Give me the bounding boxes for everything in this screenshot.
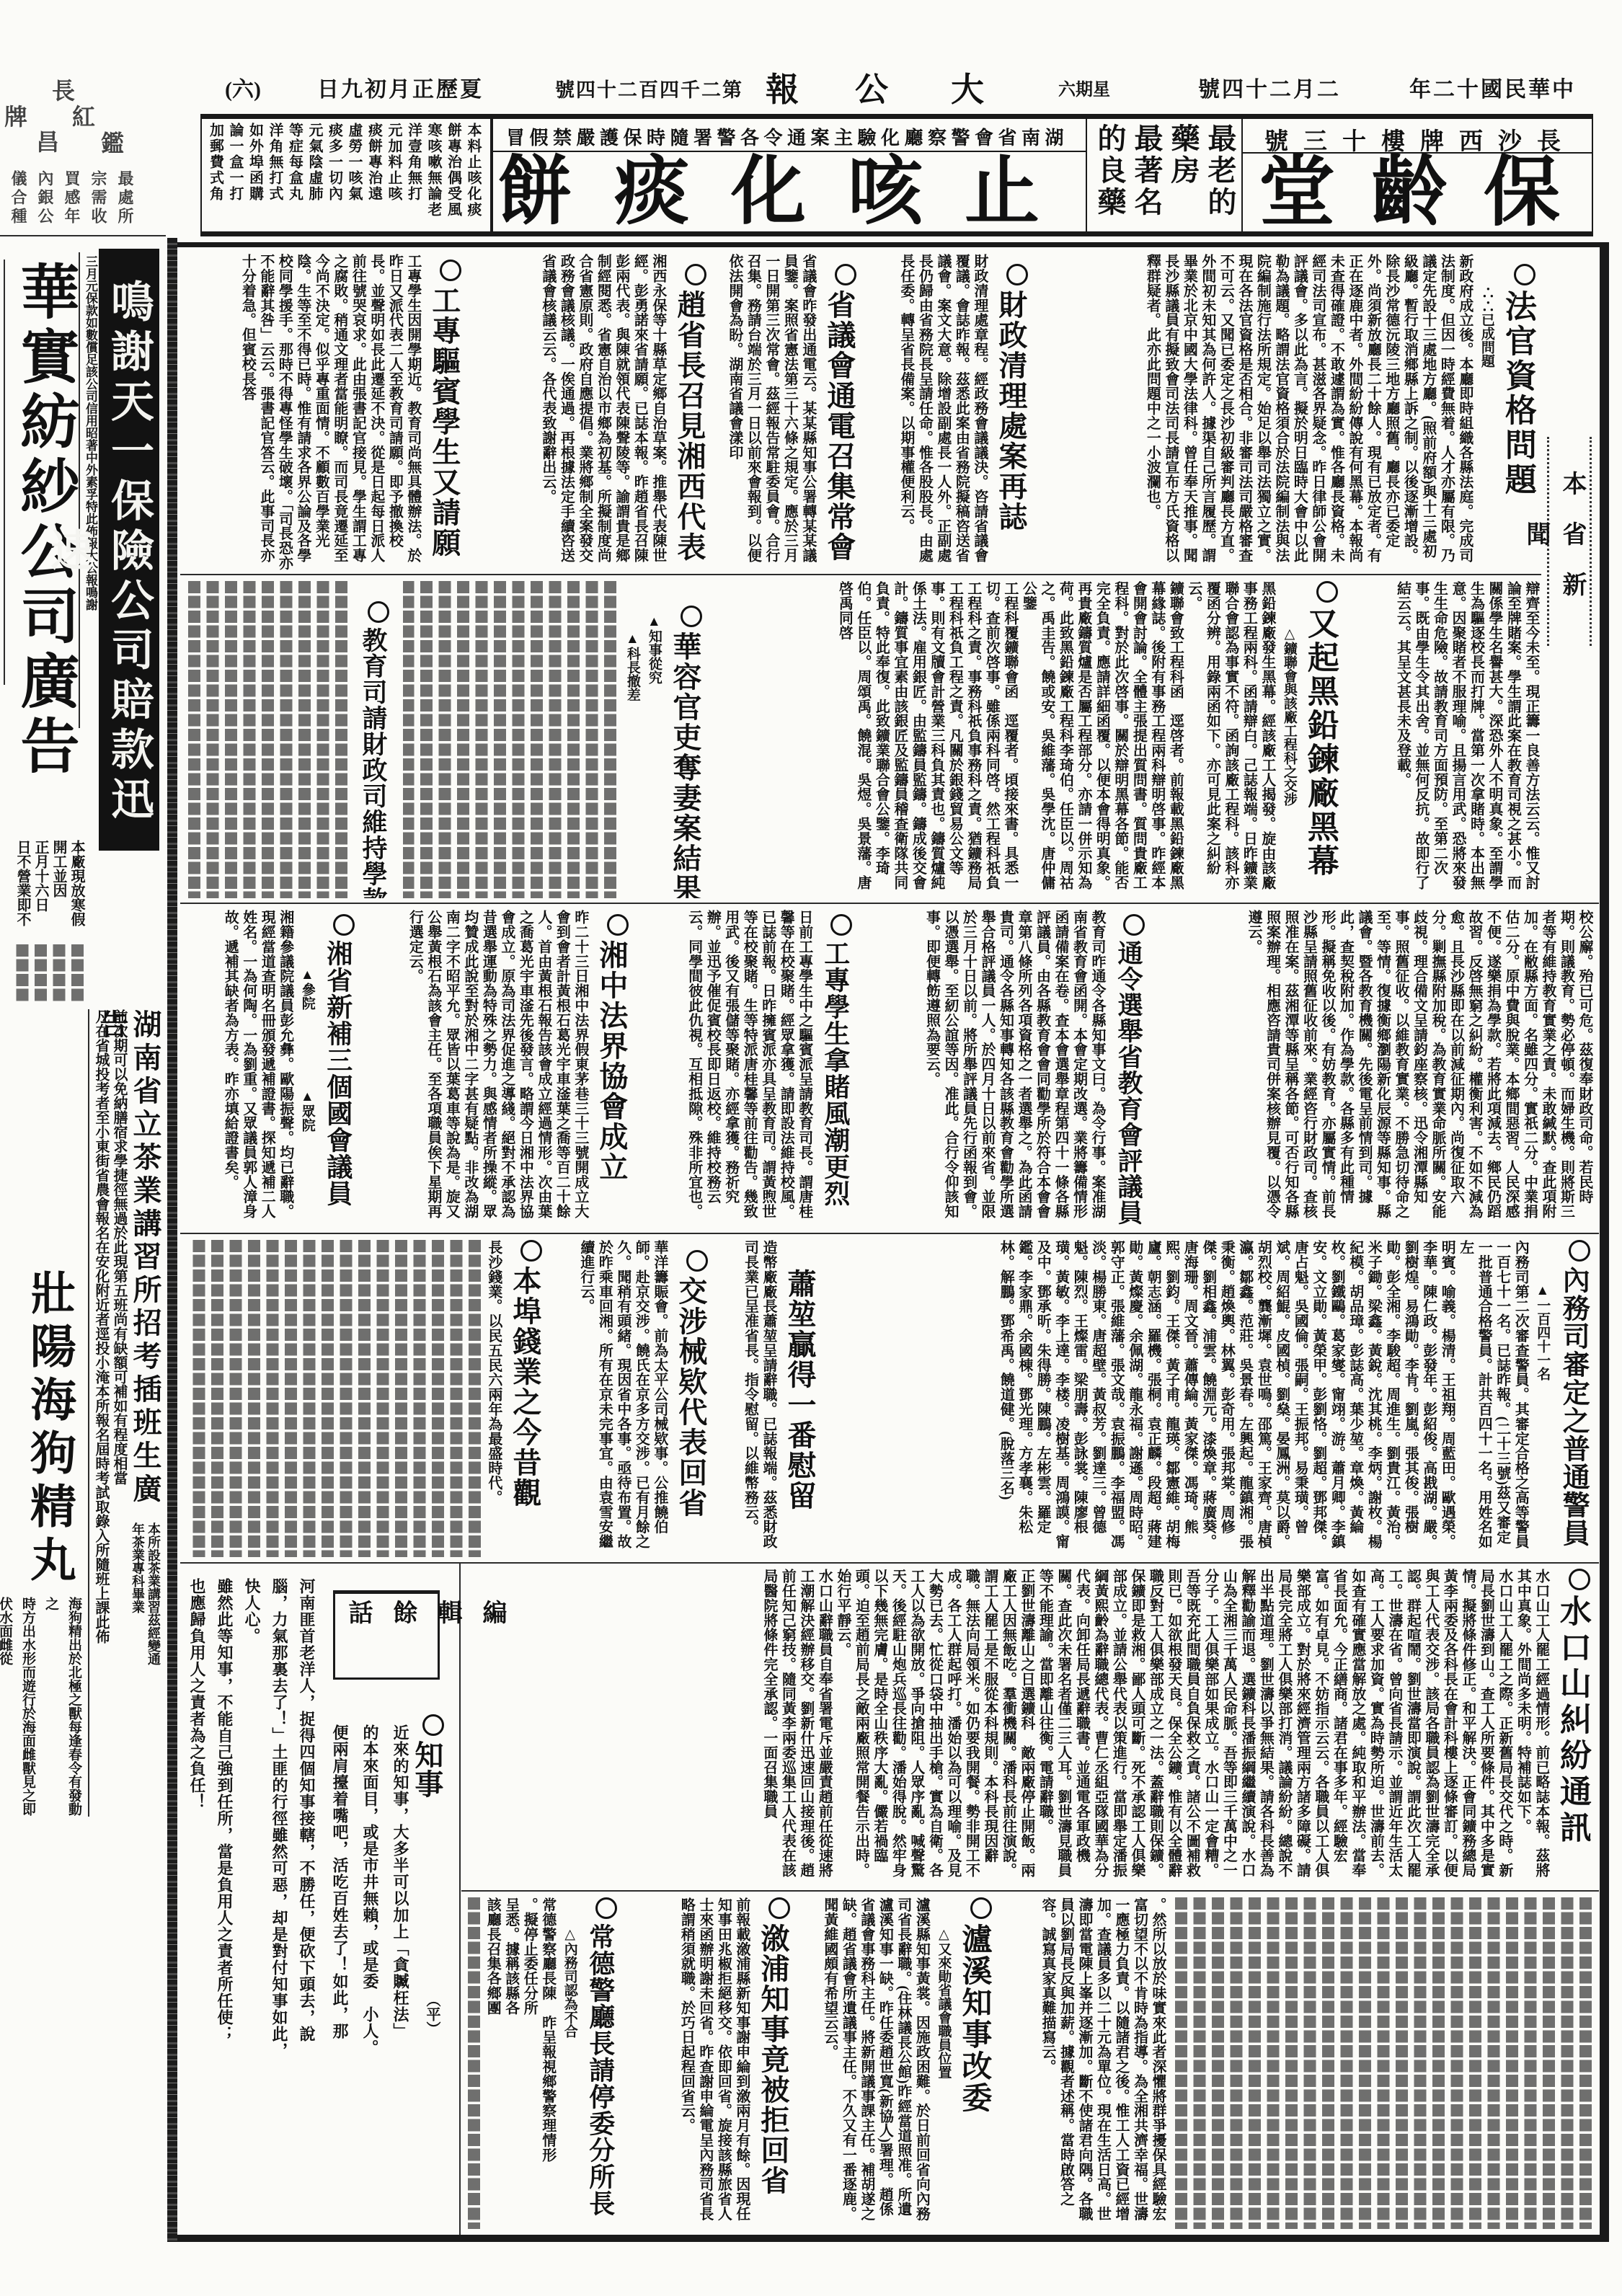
insurance-thanks-ad: 鳴謝天一保險公司賠款迅速 <box>99 249 159 851</box>
main-frame-top <box>177 242 1609 247</box>
article-provincial-assembly: 省議會通電召集常會 省議會昨發出通電云。某某縣知事公署轉某某議員鑒。案照省憲法第… <box>714 254 861 571</box>
editorial-signature: （平） <box>424 1993 443 2036</box>
headline: 又起黑鉛鍊廠黑幕 <box>1303 581 1338 898</box>
headline: 湘中法界協會成立 <box>595 910 629 1228</box>
left-vertical-rule <box>88 1009 89 1817</box>
paragraph: 昨二十三日湘中法界假東茅巷三十三號開成立大會到會者計黃根石葛光宇車滏葉之喬等百二… <box>405 910 589 1228</box>
ad-text-column: 元氣陰虛肺 <box>304 123 324 229</box>
article-gambling-dispute: 工專學生拿賭風潮更烈 日前工專學生中之驅賓派呈請教育司長。謂唐桂馨等在校聚賭。經… <box>634 910 856 1228</box>
article-huarong-wife-case: 華容官吏奪妻案結果 ▲知事從究 ▲科長撤差 <box>395 581 706 898</box>
headline: 常德警廳長請停委分所長 <box>584 1897 617 2229</box>
circle-marker-icon <box>368 601 389 623</box>
ad-text-column: 餅專治偶受風 <box>443 123 463 229</box>
article-governor-xiangxi: 趙省長召見湘西代表 湘西永保等十縣草定鄉自治草案。推舉代表陳世經。彭勇諾來省請願… <box>469 254 711 571</box>
paper-name-char-da: 大 <box>951 74 984 107</box>
paragraph: 正劉世濤離山之日選鑛科 敵兩廠停止開飯。兩廠工人因無飯吃。羣衝機關。潘科長前往演… <box>833 1569 1035 1886</box>
editorial-column: 雖然此等知事，不能自己強到任所，當是負用人之責者所任使； <box>210 1578 238 2227</box>
article-body: 黑鉛鍊廠發生黑幕。經該廠工人揭發。旋由該廠事務工程兩科。函請辯白。己誌報端。日昨… <box>835 581 1276 898</box>
article-body: 湘籍參議院議員彭允彝。歐陽振聲。均已辭職。現經當道查明名冊頒發遞補證書。探知遞補… <box>221 910 294 1228</box>
headline: 華容官吏奪妻案結果 <box>668 581 702 898</box>
article-body: 前報載漵浦縣新知事謝申綸到漵兩月有餘。因現任知事田兆椒拒絕移交。依即回省。旋接該… <box>677 1897 750 2229</box>
ad-text-column: 寒咳嗽無論老 <box>423 123 443 229</box>
circle-marker-icon <box>686 1250 708 1272</box>
subheadline: △內務司認為不合 <box>561 1897 578 2229</box>
paragraph: 鑛聯會致工程科函 逕啓者。前報載黑鉛鍊廠黑幕緣誌。後附有事務工程兩科辯明啓事。昨… <box>1019 581 1184 898</box>
circle-marker-icon <box>768 1897 790 1919</box>
box-label-column: 餘話 <box>335 1600 425 1680</box>
paragraph: 財政清理處章程。經政務會議議決。咨請省議會覆議。會誌昨報。茲悉此案由省務院擬稿咨… <box>896 254 988 571</box>
slogan-column: 最著名 <box>1128 123 1165 229</box>
paragraph: 瀘溪縣知事黃裳。因施政困難。於日前回省向內務司省長辭職。(住林議長公館)昨經當道… <box>820 1897 930 2229</box>
article-education-funds-continued: 校公廨。殆已可危。茲復奉財政司命。若民時期。則議教育。勢必停頓。而婦生機。則將斯… <box>1151 910 1593 1228</box>
headline-text: 常德警廳長請停委分所長 <box>586 1923 615 2217</box>
article-body: 財政清理處章程。經政務會議議決。咨請省議會覆議。會誌昨報。茲悉此案由省務院擬稿咨… <box>896 254 988 571</box>
article-shuikoushan: 水口山糾紛通訊 水口山工人罷工經過情形。前已略誌本報。茲將其中真象。外間尚多未明… <box>470 1569 1595 1886</box>
article-mint-director: 蕭堃贏得一番慰留 造幣廠廠長蕭堃呈請辭職。已誌報端。茲悉財政司長業已呈准省長。指… <box>714 1240 820 1557</box>
circle-marker-icon <box>1569 1569 1590 1590</box>
lunar-date: 夏歷正月初九日 <box>317 79 484 101</box>
circle-marker-icon <box>1123 914 1145 936</box>
slogan-columns: 最老的藥房最著名的良藥 <box>1091 123 1238 229</box>
editorial-column: 近來的知事，大多半可以加上「貪贓枉法」 <box>385 1724 415 2229</box>
article-legal-association: 湘中法界協會成立 昨二十三日湘中法界假東茅巷三十三號開成立大會到會者計黃根石葛光… <box>360 910 633 1228</box>
paper-name-char-gong: 公 <box>855 74 888 107</box>
left-column-rule <box>0 235 166 236</box>
headline-text: 工專學生拿賭風潮更烈 <box>821 940 850 1207</box>
seal-tonic-ad-text: 海狗精出於北極之獸每逢春令有發動之時方出水形而遊行於海面雌獸見之即伏水面雌從誠為… <box>10 1597 85 1820</box>
ad-text-column: 時方出水形而遊行於海面雌獸見之即伏水面雌從 <box>0 1597 39 1820</box>
circle-marker-icon <box>440 260 461 281</box>
box-label-column: 編輯 <box>425 1600 514 1680</box>
cough-cake-description-ad: 本料止咳化痰餅專治偶受風寒咳嗽無論老洋壹角無打元加料止咳痰餅專治遠虛勞一咳氣痰多… <box>200 118 492 233</box>
illegible-text-block <box>1169 1897 1595 2229</box>
ad-text-column: 如外埠函購 <box>244 123 265 229</box>
paragraph: 。擬停止委任分所 <box>520 1897 539 2229</box>
article-body: 省議會昨發出通電云。某某縣知事公署轉某某議員鑒。案照省憲法第三十六條之規定。應於… <box>724 254 817 571</box>
article-body: 長沙錢業。以民五民六兩年為最盛時代。 <box>484 1240 502 1557</box>
headline-text: 本埠錢業之今昔觀 <box>509 1266 541 1508</box>
ad-text-column: 本廠現放寒假 <box>67 840 85 934</box>
paragraph: 水口山工人罷工經過情形。前已略誌本報。茲將其中真象。外間尚多未明。特補誌如下。 <box>1513 1569 1550 1886</box>
editorial-column: 便兩肩擡着嘴吧，活吃百姓去了！如此，那 <box>324 1724 355 2229</box>
circle-marker-icon <box>681 606 702 627</box>
main-frame-right <box>1600 242 1609 2242</box>
editorial-body-left: 河南匪首老洋人，捉得四個知事接轄，不勝任，便砍下頭去，說腦，力氣那裏去了！」土匪… <box>182 1578 320 2227</box>
article-xupu-magistrate: 漵浦知事竟被拒回省 前報載漵浦縣新知事謝申綸到漵兩月有餘。因現任知事田兆椒拒絕移… <box>623 1897 794 2229</box>
paragraph: 新政府成立後。本廳即時組織各縣法庭。完成司法制度。但因一時經費無着。人才亦屬有限… <box>1143 254 1473 571</box>
paragraph: 黑鉛鍊廠發生黑幕。經該廠工人揭發。旋由該廠事務工程兩科。函請辯白。己誌報端。日昨… <box>1184 581 1276 898</box>
ad-text-column: 最處所 <box>112 170 138 229</box>
corner-glyph: 昌 <box>36 130 59 154</box>
main-frame-bottom <box>177 2235 1609 2242</box>
ad-text-column: 虛勞一咳氣 <box>344 123 364 229</box>
headline-text: 財政清理處案再誌 <box>995 290 1027 532</box>
headline: 水口山糾紛通訊 <box>1556 1569 1590 1886</box>
editorial-column: 快人心。 <box>238 1578 265 2227</box>
circle-marker-icon <box>607 914 629 936</box>
illegible-text-block <box>464 1897 483 2229</box>
ad-text-column: 正月十六日 <box>31 840 49 934</box>
article-arms-payment: 交涉械欵代表回省 華洋籌賑會。前為太平公司械欵事。公推饒伯師。赴京交涉。饒氏在京… <box>548 1240 712 1557</box>
headline: 漵浦知事竟被拒回省 <box>756 1897 790 2229</box>
article-police-list: 內務司審定之普通警員 ▲一百四十一名 內務司第二次審查警員。其審定合格之高等警員… <box>822 1240 1595 1557</box>
band-rule <box>180 574 1541 575</box>
headline-text: 工專驅賓學生又請願 <box>428 285 461 558</box>
paragraph: 辯齊至今未至。現正籌一良善方法云云。惟又討論至牌賭案。學生謂此案在教育司視之甚小… <box>1393 581 1540 898</box>
editorial-headline: 知事 <box>412 1714 444 1808</box>
paragraph: 湘籍參議院議員彭允彝。歐陽振聲。均已辭職。現經當道查明名冊頒發遞補證書。探知遞補… <box>221 910 294 1228</box>
paragraph: 前報載漵浦縣新知事謝申綸到漵兩月有餘。因現任知事田兆椒拒絕移交。依即回省。旋接該… <box>677 1897 750 2229</box>
circle-marker-icon <box>830 914 852 936</box>
headline-text: 華容官吏奪妻案結果 <box>669 631 701 898</box>
circle-marker-icon <box>1569 1240 1590 1262</box>
subheadline: ∴∴已成問題 <box>1478 254 1495 571</box>
paragraph: 明賓。喻義。楊清。王祖翔。周藍田。歐遇榮。李華。陳仁政。彭發年。彭紹俊。高戡湖。… <box>996 1240 1456 1557</box>
illegible-text-block <box>186 581 350 898</box>
editorial-column: 的本來面目，或是市井無賴，或是委 小人。 <box>355 1724 385 2229</box>
headline-text: 湘省新補三個國會議員 <box>324 940 353 1207</box>
ad-text-column: 前次期可以免納膳宿求學捷徑無過於此現第五班尚有缺額可補如有程度相當 <box>110 1009 128 1708</box>
ad-text-column: 買感年 <box>58 170 85 229</box>
headline: 工專驅賓學生又請願 <box>427 254 461 571</box>
paragraph: 湘西永保等十縣草定鄉自治草案。推舉代表陳世經。彭勇諾來省請願。已誌本報。昨趙省長… <box>538 254 667 571</box>
product-name: 止咳化痰餅 <box>497 155 1081 230</box>
headline: 湘省新補三個國會議員 <box>322 910 355 1228</box>
circle-marker-icon <box>1514 264 1535 285</box>
corner-glyph: 紅 <box>72 105 95 128</box>
ad-text-column: 本料止咳化痰 <box>463 123 483 229</box>
page-gutter-edge <box>167 238 177 2242</box>
article-body: 常德警察廳長陳 昨呈報視鄉警察理情形。擬停止委任分所呈悉。據稱該縣各該廳長召集各… <box>483 1897 557 2229</box>
paper-name-char-bao: 報 <box>766 74 799 107</box>
headline: 教育司請財政司維持學款 <box>356 581 389 898</box>
corner-glyph: 牌 <box>4 105 27 128</box>
headline-text: 趙省長召見湘西代表 <box>673 290 706 562</box>
paragraph: 工專學生因開學期近。教育司尚無具體辦法。於昨日又派代表二人至教育司請願。即予撤換… <box>238 254 422 571</box>
ad-strip-bottom-rule <box>200 233 1593 236</box>
left-vertical-rule <box>79 252 80 728</box>
ad-text-column: 洋角無打式 <box>265 123 285 229</box>
circle-marker-icon <box>1316 581 1338 603</box>
article-shuikoushan-continued: 。然所以放於味實來此者深懼將群爭擾保具經驗宏富切望不以不肯時為指導。為全湘共濟幸… <box>998 1897 1595 2229</box>
paragraph: 長沙錢業。以民五民六兩年為最盛時代。 <box>484 1240 502 1557</box>
newspaper-page: (六) 夏歷正月初九日 第二千四百二十四號 報 公 大 星期六 二月二十四號 中… <box>0 0 1622 2296</box>
ad-text-column: 內銀公 <box>32 170 58 229</box>
slogan-column: 的良藥 <box>1091 123 1128 229</box>
subheadline-house: ▲眾院 <box>298 1089 316 1132</box>
ad-text-column: 痰餅專治遠 <box>363 123 384 229</box>
headline: 省議會通電召集常會 <box>823 254 856 571</box>
editorial-column: 也應歸負用人之責者為之負任！ <box>183 1578 210 2227</box>
weekday: 星期六 <box>1058 81 1110 99</box>
article-education-funds: 教育司請財政司維持學款 <box>185 581 394 898</box>
band-rule <box>180 1562 1599 1564</box>
tea-school-ad-text: 前次期可以免納膳宿求學捷徑無過於此現第五班尚有缺額可補如有程度相當凡在省城投考者… <box>92 1009 128 1708</box>
ad-text-column: 凡在省城投考者至小東街省農會報名在安化附近者逕投小淹本所報名屆時考試取錄入所隨班… <box>92 1009 110 1708</box>
paragraph: 省議會昨發出通電云。某某縣知事公署轉某某議員鑒。案照省憲法第三十六條之規定。應於… <box>724 254 817 571</box>
paragraph: 工程科覆鑛聯會函 逕覆者。頃接來書。具悉一切。查前次啓事。雖係兩科同啓。然工程科… <box>835 581 1019 898</box>
headline: 通令選舉省教育會評議員 <box>1112 910 1145 1228</box>
illegible-text-block <box>188 1240 484 1557</box>
article-luxi-magistrate: 瀘溪知事改委 △又來勛省議會職員位置 瀘溪縣知事黃裳。因施政困難。於日前回省向內… <box>796 1897 996 2229</box>
headline-text: 又起黑鉛鍊廠黑幕 <box>1303 607 1338 878</box>
cough-cake-product-ad: 湖南省會警察廳化驗主案通令各警署隨時保護嚴禁假冒 止咳化痰餅 <box>492 118 1087 233</box>
gregorian-date: 二月二十四號 <box>1198 79 1341 101</box>
subheadline: ▲知事從究 <box>645 581 662 898</box>
paragraph: 內務司第二次審查警員。其審定合格之高等警員一百七十一名。已誌昨報。(二十三號)茲… <box>1455 1240 1529 1557</box>
pharmacy-slogan-ad: 最老的藥房最著名的良藥 <box>1086 118 1243 233</box>
article-money-trade: 本埠錢業之今昔觀 長沙錢業。以民五民六兩年為最盛時代。 <box>185 1240 546 1557</box>
article-students-petition-continued: 辯齊至今未至。現正籌一良善方法云云。惟又討論至牌賭案。學生謂此案在教育司視之甚小… <box>1345 581 1540 898</box>
paragraph: 該廳長召集各鄉團 <box>483 1897 502 2229</box>
headline-text: 通令選舉省教育會評議員 <box>1114 940 1143 1225</box>
article-students-petition: 工專驅賓學生又請願 工專學生因開學期近。教育司尚無具體辦法。於昨日又派代表二人至… <box>185 254 466 571</box>
headline: 蕭堃贏得一番慰留 <box>783 1240 816 1557</box>
circle-marker-icon <box>835 264 856 285</box>
article-education-council-election: 通令選舉省教育會評議員 教育司昨通令各縣知事文曰。為令行事。案准湖南省教育會函開… <box>858 910 1149 1228</box>
band-rule <box>180 1233 1599 1234</box>
subheadline: △鑛聯會與該廠工程科之交涉 <box>1280 581 1298 898</box>
article-body: 日前工專學生中之驅賓派呈請教育司長。謂唐桂馨等在校聚賭。經眾拿獲。請即設法維持校… <box>684 910 813 1228</box>
article-body: 內務司第二次審查警員。其審定合格之高等警員一百七十一名。已誌昨報。(二十三號)茲… <box>996 1240 1530 1557</box>
headline: 財政清理處案再誌 <box>994 254 1028 571</box>
article-body: 教育司昨通令各縣知事文曰。為令行事。案准湖南省教育會函開。本會定期改選。業將籌備… <box>922 910 1106 1228</box>
article-changde-police: 常德警廳長請停委分所長 △內務司認為不合 常德警察廳長陳 昨呈報視鄉警察理情形。… <box>464 1897 621 2229</box>
corner-glyph: 鑑 <box>101 132 124 155</box>
section-label-local-news: 本省新聞 <box>1547 437 1592 646</box>
paragraph: 教育司昨通令各縣知事文曰。為令行事。案准湖南省教育會函開。本會定期改選。業將籌備… <box>922 910 1106 1228</box>
editorial-column: 河南匪首老洋人，捉得四個知事接轄，不勝任，便砍下頭去，說 <box>293 1578 320 2227</box>
paragraph: 常德警察廳長陳 昨呈報視鄉警察理情形 <box>538 1897 557 2229</box>
headline: 本埠錢業之今昔觀 <box>508 1240 542 1557</box>
police-notice-line: 湖南省會警察廳化驗主案通令各警署隨時保護嚴禁假冒 <box>506 123 1068 150</box>
subheadline: ▲科長撤差 <box>624 581 641 898</box>
ad-text-column: 年茶業專科畢業 <box>130 1522 146 1710</box>
ad-text-column: 本所設茶業講習茲經變通 <box>146 1522 161 1710</box>
article-body: 昨二十三日湘中法界假東茅巷三十三號開成立大會到會者計黃根石葛光宇車滏葉之喬等百二… <box>405 910 589 1228</box>
headline: 內務司審定之普通警員 <box>1556 1240 1590 1557</box>
headline-text: 交涉械欵代表回省 <box>675 1276 707 1518</box>
article-body: 新政府成立後。本廳即時組織各縣法庭。完成司法制度。但因一時經費無着。人才亦屬有限… <box>1143 254 1473 571</box>
circle-marker-icon <box>970 1897 992 1919</box>
headline: 法官資格問題 <box>1501 254 1535 571</box>
article-body: 湘西永保等十縣草定鄉自治草案。推舉代表陳世經。彭勇諾來省請願。已誌本報。昨趙省長… <box>538 254 667 571</box>
editorial-column: 腦，力氣那裏去了！」土匪的行徑雖然可惡，却是對付知事如此， <box>265 1578 293 2227</box>
ad-text-column: 元加料止咳 <box>384 123 404 229</box>
seal-tonic-ad-title: 壯陽海狗精丸 <box>10 1269 85 1593</box>
paragraph: 華洋籌賑會。前為太平公司械欵事。公推饒伯師。赴京交涉。饒氏在京多方交涉。已有月餘… <box>576 1240 668 1557</box>
ad-text-column: 儀合種 <box>5 170 32 229</box>
circle-marker-icon <box>1006 264 1028 285</box>
article-body: 瀘溪縣知事黃裳。因施政困難。於日前回省向內務司省長辭職。(住林議長公館)昨經當道… <box>820 1897 930 2229</box>
corner-glyph: 長 <box>52 79 75 102</box>
article-body: 造幣廠廠長蕭堃呈請辭職。已誌報端。茲悉財政司長業已呈准省長。指令慰留。以維幣務云… <box>740 1240 777 1557</box>
paragraph: 呈悉。據稱該縣各 <box>501 1897 520 2229</box>
illegible-text-block <box>13 944 87 1002</box>
paragraph: 校公廨。殆已可危。茲復奉財政司命。若民時期。則議教育。勢必停頓。而婦生機。則將斯… <box>1244 910 1594 1228</box>
editorial-body-under-box: 近來的知事，大多半可以加上「貪贓枉法」的本來面目，或是市井無賴，或是委 小人。便… <box>323 1724 415 2229</box>
headline-text: 蕭堃贏得一番慰留 <box>784 1269 816 1511</box>
slogan-column: 藥房 <box>1165 123 1202 229</box>
band-rule <box>180 903 1599 904</box>
headline: 瀘溪知事改委 <box>957 1897 992 2229</box>
ad-text-column: 洋壹角無打 <box>403 123 423 229</box>
ad-text-column: 等症每盒丸 <box>284 123 304 229</box>
subheadline: △又來勛省議會職員位置 <box>934 1897 952 2229</box>
band-rule <box>461 1890 1599 1892</box>
article-judges-qualification: 法官資格問題 ∴∴已成問題 新政府成立後。本廳即時組織各縣法庭。完成司法制度。但… <box>1035 254 1540 571</box>
subheadline: ▲一百四十一名 <box>1533 1240 1551 1557</box>
editorial-box-label: 編輯餘話 <box>335 1594 518 1680</box>
headline-text: 瀘溪知事改委 <box>957 1923 991 2114</box>
ad-text-column: 日不營業即不 <box>13 840 31 934</box>
insurance-thanks-note: 三月元保款如數償足該公司信用昭著中外素孚特此佈報大公報鳴謝 <box>81 255 98 731</box>
pharmacy-name: 保齡堂 <box>1259 155 1593 231</box>
headline-text: 水口山糾紛通訊 <box>1555 1595 1590 1847</box>
mill-ad-text: 本廠現放寒假開工並因正月十六日日不營業即不 <box>10 840 85 934</box>
ad-text-column: 海狗精出於北極之獸每逢春令有發動之 <box>39 1597 85 1820</box>
ad-text-column: 加郵費式角 <box>205 123 225 229</box>
subheadline: ▲參院▲眾院 <box>298 910 316 1228</box>
headline: 趙省長召見湘西代表 <box>673 254 706 571</box>
article-lead-smelter: 又起黑鉛鍊廠黑幕 △鑛聯會與該廠工程科之交涉 黑鉛鍊廠發生黑幕。經該廠工人揭發。… <box>709 581 1342 898</box>
article-parliament-members: 湘省新補三個國會議員 ▲參院▲眾院 湘籍參議院議員彭允彝。歐陽振聲。均已辭職。現… <box>185 910 359 1228</box>
headline: 交涉械欵代表回省 <box>674 1240 708 1557</box>
ad-text-columns: 本料止咳化痰餅專治偶受風寒咳嗽無論老洋壹角無打元加料止咳痰餅專治遠虛勞一咳氣痰多… <box>205 123 482 229</box>
article-body: 。然所以放於味實來此者深懼將群爭擾保具經驗宏富切望不以不肯時為指導。為全湘共濟幸… <box>1038 1897 1167 2229</box>
circle-marker-icon <box>685 264 706 285</box>
page-number: (六) <box>225 79 261 101</box>
headline-text: 內務司審定之普通警員 <box>1558 1266 1588 1547</box>
article-body: 校公廨。殆已可危。茲復奉財政司命。若民時期。則議教育。勢必停頓。而婦生機。則將斯… <box>1244 910 1594 1228</box>
article-body: 華洋籌賑會。前為太平公司械欵事。公推饒伯師。赴京交涉。饒氏在京多方交涉。已有月餘… <box>576 1240 668 1557</box>
left-vertical-rule <box>4 260 5 685</box>
issue-number: 第二千四百二十四號 <box>555 81 743 100</box>
tea-school-ad-note: 本所設茶業講習茲經變通年茶業專科畢業 <box>128 1522 161 1710</box>
article-body: 辯齊至今未至。現正籌一良善方法云云。惟又討論至牌賭案。學生謂此案在教育司視之甚小… <box>1393 581 1540 898</box>
paragraph: 水口山工人罷工之際。正新舊局長交代之時。新局長劉世濤到山。查工人所要條件。其中多… <box>1035 1569 1513 1886</box>
slogan-column: 最老的 <box>1202 123 1238 229</box>
article-body: 工專學生因開學期近。教育司尚無具體辦法。於昨日又派代表二人至教育司請願。即予撤換… <box>238 254 422 571</box>
subheadline-senate: ▲參院 <box>298 967 316 1010</box>
ad-text-column: 論一盒一打 <box>225 123 245 229</box>
republic-year: 中華民國十二年 <box>1409 79 1576 101</box>
headline-text: 教育司請財政司維持學款 <box>359 627 387 898</box>
editorial-column-box: 編輯餘話 <box>333 1590 440 1680</box>
headline: 工專學生拿賭風潮更烈 <box>819 910 852 1228</box>
paragraph: 水口山辭職員自奉省署電斥並嚴責趙前任從速將工潮解決經辦移交。劉新什迅速回山接理後… <box>759 1569 833 1886</box>
illegible-text-block <box>403 581 619 898</box>
paragraph: 日前工專學生中之驅賓派呈請教育司長。謂唐桂馨等在校聚賭。經眾拿獲。請即設法維持校… <box>684 910 813 1228</box>
corner-ad-columns: 最處所宗需收買感年內銀公儀合種 <box>4 170 138 229</box>
paragraph: 造幣廠廠長蕭堃呈請辭職。已誌報端。茲悉財政司長業已呈准省長。指令慰留。以維幣務云… <box>740 1240 777 1557</box>
ad-text-column: 痰多一切內 <box>324 123 344 229</box>
article-finance-office: 財政清理處案再誌 財政清理處章程。經政務會議議決。咨請省議會覆議。會誌昨報。茲悉… <box>862 254 1032 571</box>
circle-marker-icon <box>595 1897 617 1919</box>
tea-school-ad-title: 湖南省立茶業講習所招考插班生廣告 <box>128 1009 161 1521</box>
circle-marker-icon <box>520 1240 542 1262</box>
paragraph: 。然所以放於味實來此者深懼將群爭擾保具經驗宏富切望不以不肯時為指導。為全湘共濟幸… <box>1038 1897 1167 2229</box>
baoling-tang-ad: 長沙西牌樓十三號 保齡堂 <box>1241 118 1593 233</box>
headline-text: 湘中法界協會成立 <box>595 940 628 1182</box>
circle-marker-icon <box>333 914 355 936</box>
headline-text: 法官資格問題 <box>1500 290 1535 497</box>
circle-marker-icon <box>422 1714 444 1736</box>
headline-text: 省議會通電召集常會 <box>823 290 856 562</box>
ad-text-column: 宗需收 <box>85 170 112 229</box>
headline-text: 知事 <box>411 1740 443 1798</box>
ad-text-column: 開工並因 <box>49 840 67 934</box>
article-body: 水口山工人罷工經過情形。前已略誌本報。茲將其中真象。外間尚多未明。特補誌如下。水… <box>759 1569 1550 1886</box>
headline-text: 漵浦知事竟被拒回省 <box>757 1923 789 2196</box>
